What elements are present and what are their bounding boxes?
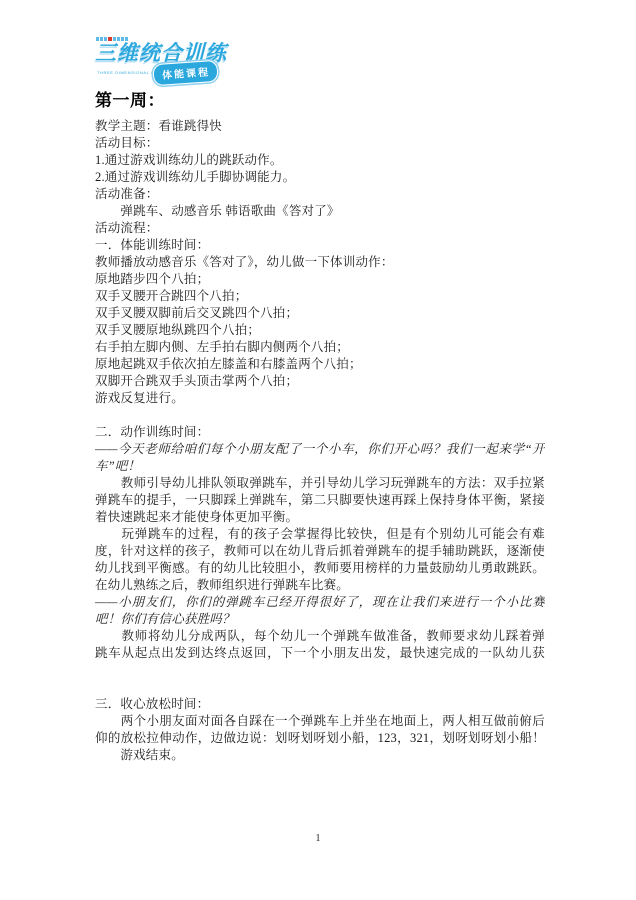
doc-line: 车”吧！ — [95, 458, 545, 475]
doc-line: 活动准备： — [95, 186, 545, 203]
tagline-mark — [117, 37, 120, 41]
doc-line: 两个小朋友面对面各自踩在一个弹跳车上并坐在地面上，两人相互做前俯后 — [95, 713, 545, 730]
doc-line: 在幼儿熟练之后，教师组织进行弹跳车比赛。 — [95, 577, 545, 594]
document-body: 教学主题：看谁跳得快活动目标：1.通过游戏训练幼儿的跳跃动作。2.通过游戏训练幼… — [95, 118, 545, 764]
doc-line: 弹跳车的提手，一只脚踩上弹跳车，第二只脚要快速再踩上保持身体平衡，紧接 — [95, 492, 545, 509]
tagline-mark — [96, 37, 99, 41]
doc-line: 幼儿找到平衡感。有的幼儿比较胆小，教师要用榜样的力量鼓励幼儿勇敢跳跃。 — [95, 560, 545, 577]
doc-line: 右手拍左脚内侧、左手拍右脚内侧两个八拍； — [95, 339, 545, 356]
doc-line: 双手叉腰双脚前后交叉跳四个八拍； — [95, 305, 545, 322]
blank-line — [95, 679, 545, 696]
doc-line: 游戏结束。 — [95, 747, 545, 764]
doc-line: 吧！你们有信心获胜吗？ — [95, 611, 545, 628]
page-number: 1 — [0, 831, 636, 845]
doc-line: 原地起跳双手依次拍左膝盖和右膝盖两个八拍； — [95, 356, 545, 373]
doc-line: 1.通过游戏训练幼儿的跳跃动作。 — [95, 152, 545, 169]
tagline-mark — [125, 37, 128, 41]
doc-line: 原地踏步四个八拍； — [95, 271, 545, 288]
doc-line: 双手叉腰开合跳四个八拍； — [95, 288, 545, 305]
tagline-mark — [104, 37, 107, 41]
week-heading: 第一周： — [95, 90, 165, 112]
tagline-mark — [100, 37, 103, 41]
doc-line: 游戏反复进行。 — [95, 390, 545, 407]
doc-line: 2.通过游戏训练幼儿手脚协调能力。 — [95, 169, 545, 186]
tagline-mark — [121, 37, 124, 41]
document-page: { "logo": { "brand": "三维统合训练", "subtitle… — [0, 0, 636, 900]
doc-line: 双手叉腰原地纵跳四个八拍； — [95, 322, 545, 339]
doc-line: 教学主题：看谁跳得快 — [95, 118, 545, 135]
doc-line: ——今天老师给咱们每个小朋友配了一个小车，你们开心吗？我们一起来学“开 — [95, 441, 545, 458]
doc-line: 弹跳车、动感音乐 韩语歌曲《答对了》 — [95, 203, 545, 220]
doc-line: 教师将幼儿分成两队，每个幼儿一个弹跳车做准备，教师要求幼儿踩着弹 — [95, 628, 545, 645]
doc-line: 三．收心放松时间： — [95, 696, 545, 713]
doc-line: 玩弹跳车的过程，有的孩子会掌握得比较快，但是有个别幼儿可能会有难 — [95, 526, 545, 543]
blank-line — [95, 662, 545, 679]
doc-line: 活动目标： — [95, 135, 545, 152]
brand-logo: 三维统合训练 THREE DIMENSIONAL INTEGRATION TRA… — [95, 37, 245, 89]
doc-line: 二．动作训练时间： — [95, 424, 545, 441]
doc-line: 教师播放动感音乐《答对了》，幼儿做一下体训动作： — [95, 254, 545, 271]
tagline-mark — [113, 37, 116, 41]
logo-badge: 体能课程 — [152, 60, 218, 86]
doc-line: 一．体能训练时间： — [95, 237, 545, 254]
doc-line: 双脚开合跳双手头顶击掌两个八拍； — [95, 373, 545, 390]
doc-line: 活动流程： — [95, 220, 545, 237]
tagline-red-mark — [108, 37, 112, 41]
doc-line: 度，针对这样的孩子，教师可以在幼儿背后抓着弹跳车的提手辅助跳跃，逐渐使 — [95, 543, 545, 560]
doc-line: 跳车从起点出发到达终点返回，下一个小朋友出发，最快速完成的一队幼儿获胜。 — [95, 645, 545, 662]
doc-line: 着快速跳起来才能使身体更加平衡。 — [95, 509, 545, 526]
doc-line: 教师引导幼儿排队领取弹跳车，并引导幼儿学习玩弹跳车的方法：双手拉紧 — [95, 475, 545, 492]
doc-line: ——小朋友们，你们的弹跳车已经开得很好了，现在让我们来进行一个小比赛 — [95, 594, 545, 611]
doc-line: 仰的放松拉伸动作，边做边说：划呀划呀划小船，123，321，划呀划呀划小船！ — [95, 730, 545, 747]
blank-line — [95, 407, 545, 424]
